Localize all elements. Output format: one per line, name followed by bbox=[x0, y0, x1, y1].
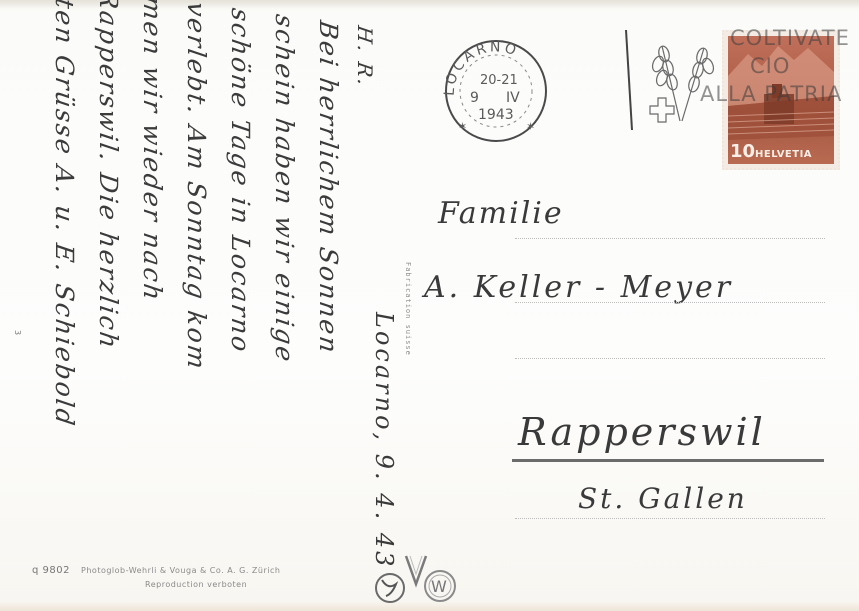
address-rule bbox=[515, 238, 825, 239]
vw-logo-icon: W bbox=[372, 550, 472, 606]
slogan-line: CIO bbox=[730, 52, 850, 80]
address-line-3: Rapperswil bbox=[518, 410, 766, 454]
message-line: sten Grüsse A. u. E. Schiebold bbox=[42, 0, 86, 547]
printer-imprint: q 9802 Photoglob-Wehrli & Vouga & Co. A.… bbox=[32, 565, 280, 576]
fabrication-note: Fabrication suisse bbox=[404, 262, 412, 356]
publisher-logos: W bbox=[372, 550, 472, 606]
svg-text:✶: ✶ bbox=[458, 120, 467, 133]
message-line: verlebt. Am Sonntag kom bbox=[174, 0, 218, 565]
handwritten-message: H. R. Bei herrlichem Sonnen schein haben… bbox=[0, 0, 380, 588]
postmark-time: 20-21 bbox=[480, 73, 518, 88]
message-line: Rapperswil. Die herzlich bbox=[86, 0, 130, 553]
address-line-1: Familie bbox=[438, 196, 564, 231]
card-code: q 9802 bbox=[32, 565, 70, 576]
address-rule bbox=[515, 518, 825, 519]
postcard: H. R. Bei herrlichem Sonnen schein haben… bbox=[0, 0, 859, 611]
message-line: Bei herrlichem Sonnen bbox=[306, 18, 350, 584]
reproduction-notice: Reproduction verboten bbox=[145, 580, 247, 589]
slogan-text: COLTIVATECIOALLA PATRIA bbox=[730, 24, 850, 108]
message-line: men wir wieder nach bbox=[130, 0, 174, 559]
address-rule bbox=[515, 358, 825, 359]
slogan-line: ALLA PATRIA bbox=[700, 80, 850, 108]
postmark-month: IV bbox=[506, 90, 520, 106]
svg-text:W: W bbox=[431, 577, 447, 596]
publisher: Photoglob-Wehrli & Vouga & Co. A. G. Zür… bbox=[81, 566, 280, 575]
svg-text:✶: ✶ bbox=[526, 120, 535, 133]
stamp-value: 10 bbox=[730, 141, 755, 162]
postmark-icon: LOCARNO 20-21 9 IV 1943 ✶ ✶ bbox=[434, 36, 558, 146]
postmark-year: 1943 bbox=[478, 107, 514, 123]
slogan-line: COLTIVATE bbox=[730, 24, 850, 52]
address-underline bbox=[512, 459, 824, 462]
side-code: 3 bbox=[13, 330, 22, 335]
address-line-4: St. Gallen bbox=[578, 482, 748, 515]
message-line: schöne Tage in Locarno bbox=[218, 5, 262, 571]
message-line: schein haben wir einige bbox=[262, 11, 306, 577]
postmark-day: 9 bbox=[470, 90, 479, 106]
address-rule bbox=[515, 302, 825, 303]
stamp-country: HELVETIA bbox=[755, 149, 812, 160]
postmark: LOCARNO 20-21 9 IV 1943 ✶ ✶ bbox=[434, 36, 558, 146]
address-line-2: A. Keller - Meyer bbox=[424, 270, 733, 305]
